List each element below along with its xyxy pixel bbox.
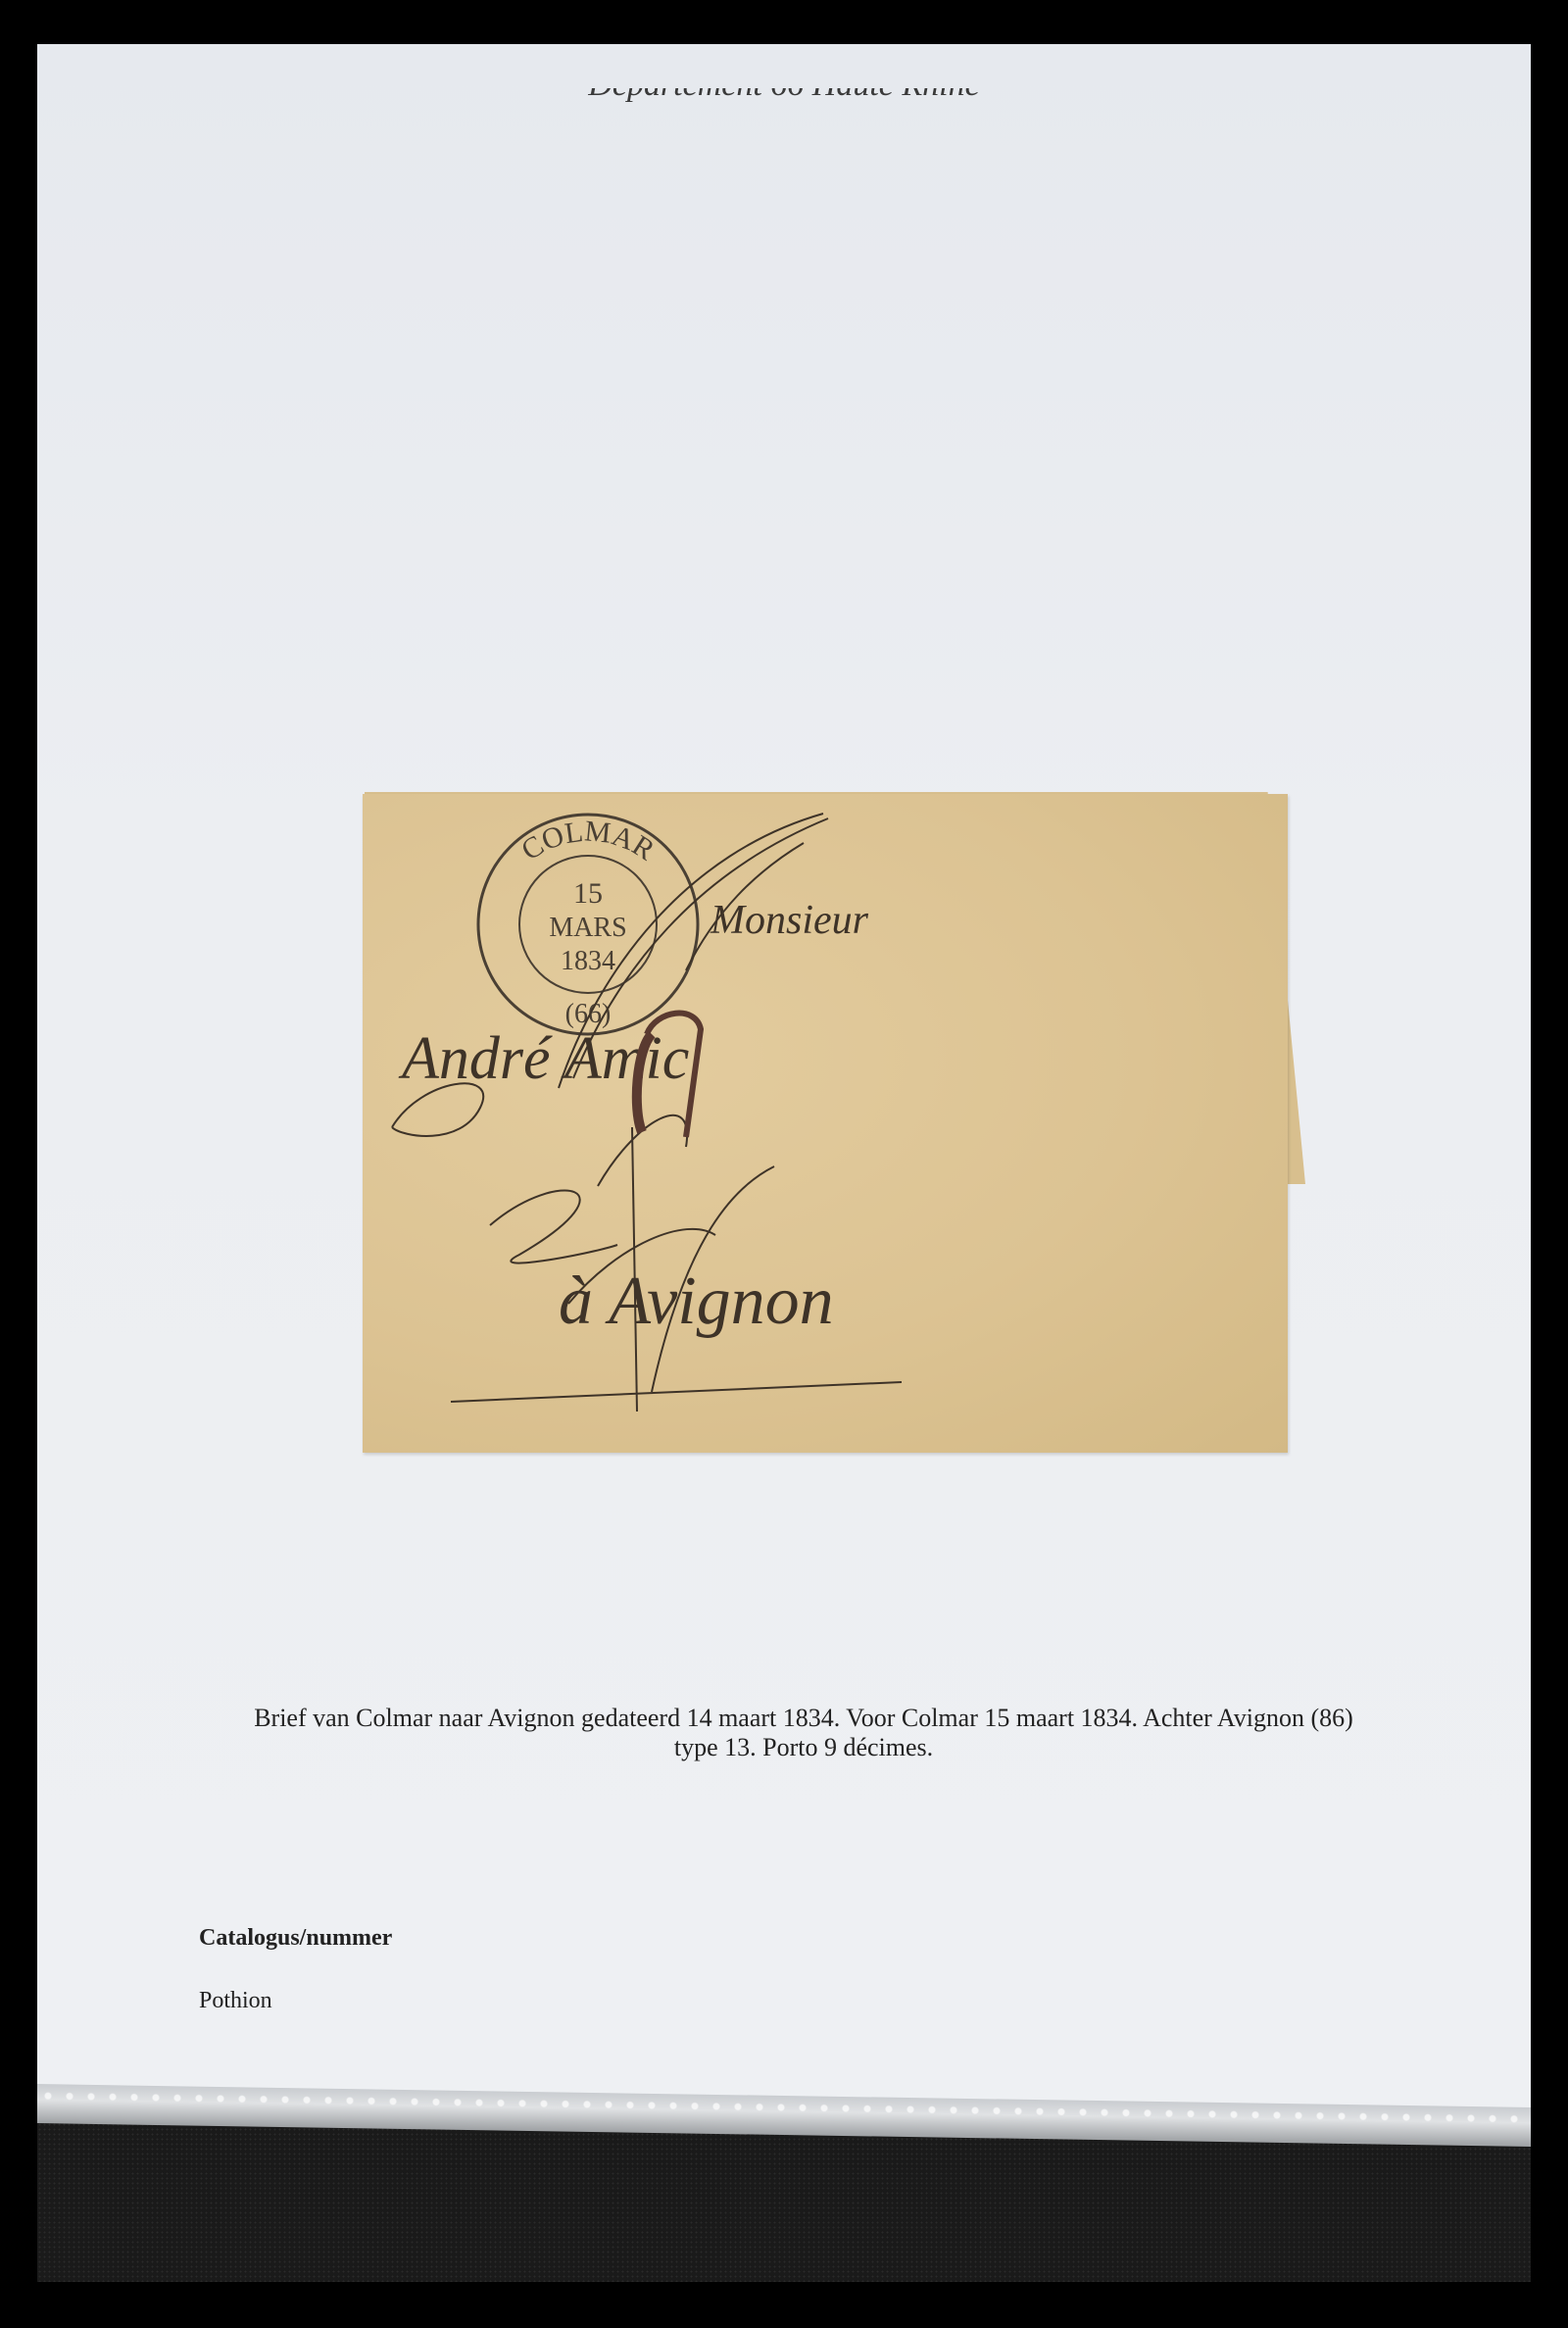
caption-line-2: type 13. Porto 9 décimes. bbox=[147, 1733, 1460, 1762]
address-line1: Monsieur bbox=[710, 898, 869, 943]
postmark-year: 1834 bbox=[561, 946, 615, 976]
letter-markings: COLMAR 15 MARS 1834 (66) Monsieur André … bbox=[363, 794, 1288, 1453]
caption-line-1: Brief van Colmar naar Avignon gedateerd … bbox=[147, 1704, 1460, 1733]
colmar-postmark: COLMAR 15 MARS 1834 (66) bbox=[478, 815, 698, 1034]
address-line3: à Avignon bbox=[559, 1263, 834, 1339]
catalogue-label: Catalogus/nummer bbox=[199, 1925, 392, 1952]
postmark-town: COLMAR bbox=[515, 815, 661, 867]
cover-letter: COLMAR 15 MARS 1834 (66) Monsieur André … bbox=[363, 794, 1288, 1453]
catalogue-value: Pothion bbox=[199, 1988, 272, 2014]
postmark-day: 15 bbox=[573, 877, 603, 910]
letter-caption: Brief van Colmar naar Avignon gedateerd … bbox=[147, 1704, 1460, 1762]
page-header: Département 66 Haute Rhine bbox=[37, 66, 1531, 105]
postmark-month: MARS bbox=[549, 913, 626, 943]
